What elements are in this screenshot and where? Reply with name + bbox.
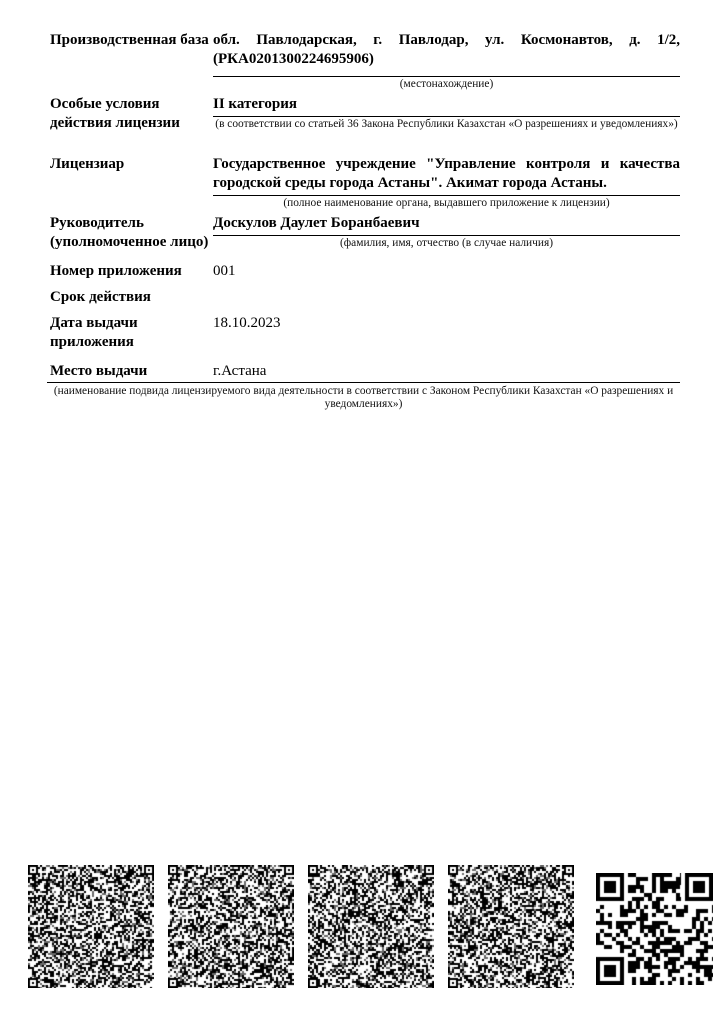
qr-code bbox=[596, 873, 713, 985]
field-note: (местонахождение) bbox=[213, 77, 680, 91]
field-note: (в соответствии со статьей 36 Закона Рес… bbox=[213, 117, 680, 131]
field-row-special-conditions: Особые условия действия лицензии II кате… bbox=[50, 95, 680, 133]
field-row-issue-date: Дата выдачи приложения 18.10.2023 bbox=[50, 314, 680, 352]
field-value: Доскулов Даулет Боранбаевич bbox=[213, 214, 680, 233]
data-matrix-barcode-1 bbox=[28, 865, 154, 988]
field-row-issue-place: Место выдачи г.Астана bbox=[50, 362, 680, 381]
field-row-licensor: Лицензиар Государственное учреждение "Уп… bbox=[50, 155, 680, 210]
data-matrix-barcode-2 bbox=[168, 865, 294, 988]
field-label: Номер приложения bbox=[50, 262, 213, 281]
field-value: 18.10.2023 bbox=[213, 314, 680, 333]
field-row-head: Руководитель (уполномоченное лицо) Доску… bbox=[50, 214, 680, 252]
field-label: Производственная база bbox=[50, 31, 213, 91]
field-note: (фамилия, имя, отчество (в случае наличи… bbox=[213, 236, 680, 250]
field-row-validity: Срок действия bbox=[50, 288, 680, 307]
field-label: Дата выдачи приложения bbox=[50, 314, 213, 352]
field-value: обл. Павлодарская, г. Павлодар, ул. Косм… bbox=[213, 31, 680, 69]
field-label: Лицензиар bbox=[50, 155, 213, 210]
field-label: Срок действия bbox=[50, 288, 213, 307]
field-row-annex-number: Номер приложения 001 bbox=[50, 262, 680, 281]
field-label: Особые условия действия лицензии bbox=[50, 95, 213, 133]
field-value: г.Астана bbox=[213, 362, 680, 381]
machine-readable-codes bbox=[0, 865, 724, 990]
license-document-page: Производственная база обл. Павлодарская,… bbox=[0, 0, 724, 1024]
footer-note: (наименование подвида лицензируемого вид… bbox=[47, 385, 680, 411]
field-value: Государственное учреждение "Управление к… bbox=[213, 155, 680, 193]
field-label: Руководитель (уполномоченное лицо) bbox=[50, 214, 213, 252]
field-label: Место выдачи bbox=[50, 362, 213, 381]
data-matrix-barcode-3 bbox=[308, 865, 434, 988]
field-value: 001 bbox=[213, 262, 680, 281]
data-matrix-barcode-4 bbox=[448, 865, 574, 988]
field-note: (полное наименование органа, выдавшего п… bbox=[213, 196, 680, 210]
document-content: Производственная база обл. Павлодарская,… bbox=[50, 31, 680, 411]
footer-divider bbox=[47, 382, 680, 383]
field-row-production-base: Производственная база обл. Павлодарская,… bbox=[50, 31, 680, 91]
field-value: II категория bbox=[213, 95, 680, 114]
